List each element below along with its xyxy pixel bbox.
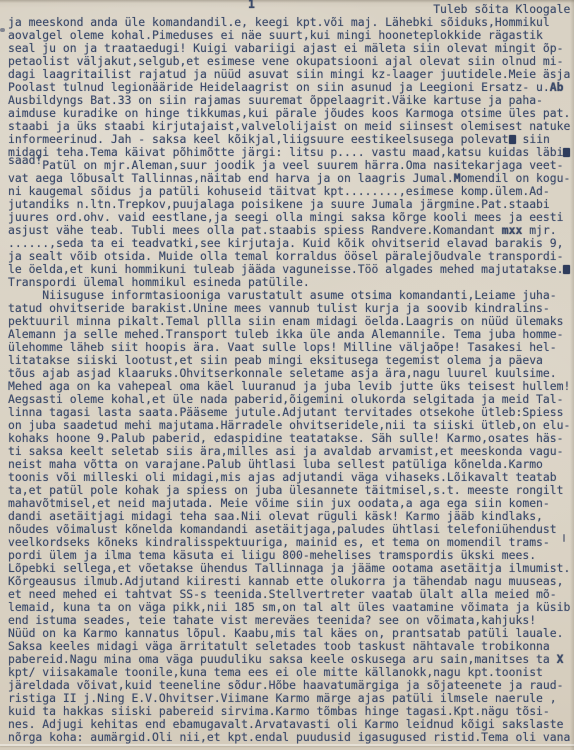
text-segment: ja sealt võib otsida. Muide olla temal k… (8, 249, 563, 263)
text-segment: Patül on mjr.Aleman,suur joodik ja veel … (42, 158, 563, 172)
text-line: nõrga koha: aumärgid.Oli nii,et kpt.enda… (8, 731, 570, 744)
text-segment: petaolist väljakut,selgub,et esimese ven… (8, 54, 563, 68)
text-segment: aimduse kuradike on hinge tikkumas,kui p… (8, 106, 570, 120)
page-number: 1 (248, 0, 255, 11)
text-segment: X (557, 652, 564, 666)
text-segment: Mehed aga on ka vahepeal oma käel luuran… (8, 379, 570, 393)
text-segment: end istuma seades, teie tahate vist mere… (8, 613, 536, 627)
text-segment: juures ord.ohv. vaid eestlane,ja seegi o… (8, 210, 563, 224)
text-segment: toonis või milleski oli midagi,mis ajas … (8, 470, 557, 484)
text-segment: nes. Adjugi kehitas end ebamugavalt.Arva… (8, 717, 563, 731)
text-segment: asjust vähe teab. Tubli mees olla pat.st… (8, 223, 502, 237)
text-segment (8, 2, 248, 16)
text-segment: kohaks hoone 9.Palub paberid, edaspidine… (8, 431, 563, 445)
text-segment: Nüüd on ka Karmo kannatus lõpul. Kaabu,m… (8, 626, 563, 640)
text-segment: informeerinud. Jah - saksa keel kõikjal,… (8, 132, 509, 146)
text-segment: dandi asetäitjagi midagi teha saa.Nii ol… (8, 509, 543, 523)
text-segment: Niisuguse informtasiooniga varustatult a… (8, 288, 557, 302)
paper-right-edge (570, 0, 574, 750)
text-segment: tõus ajab asjad klaaruks.Ohvitserkonnale… (8, 366, 557, 380)
text-segment: kuid ta hakkas siiski pabereid sirvima.K… (8, 704, 550, 718)
ink-blot (509, 135, 516, 144)
text-segment: ni kaugemal sõidus ja patüli kohuseid tä… (8, 184, 550, 198)
text-segment: on juba saadetud mehi majutama.Härradele… (8, 418, 570, 432)
text-segment: dagi laagritailist rajatud ja nüüd asuva… (8, 67, 570, 81)
text-segment: Alemann ja selle mehed.Transport tuleb i… (8, 327, 563, 341)
text-segment: Ausbildyngs Bat.33 on siin rajamas suure… (8, 93, 543, 107)
text-segment: pordi ülem ja ilma tema käsuta ei liigu … (8, 548, 536, 562)
text-segment: siin (516, 132, 550, 146)
ink-blot (563, 265, 570, 274)
text-segment: Aegsasti oleme kohal,et üle nada paberid… (8, 392, 563, 406)
text-segment: Kõrgeausus ilmub.Adjutand kiiresti kanna… (8, 574, 563, 588)
text-segment: ülehomme läheb siit hoopis ära. Vaat sul… (8, 340, 557, 354)
text-segment: Lõpebki sellega,et võetakse ühendus Tall… (8, 561, 570, 575)
text-segment: saad! (8, 154, 42, 167)
text-segment: Ab (550, 80, 564, 94)
text-segment: Transpordi ülemal hommikul esineda patül… (8, 275, 310, 289)
text-segment: nõrga koha: aumärgid.Oli nii,et kpt.enda… (8, 730, 570, 744)
text-segment: vat aega lõbusalt Tallinnas,näitab end h… (8, 171, 454, 185)
text-segment: staabi ja üks staabi kirjutajaist,valvel… (8, 119, 570, 133)
text-segment: veelkordseks kõneks kindralisspektuuriga… (8, 535, 550, 549)
ink-blot (563, 148, 570, 157)
text-segment: ti saksa keelt seletab siis ära,milles a… (8, 444, 563, 458)
text-segment: tatud ohvitseride barakist.Unine mees va… (8, 301, 550, 315)
document-page: 1 Tuleb sõita Kloogaleja meeskond anda ü… (0, 0, 574, 750)
text-segment: kpt/ viisakamale toonile,kuna tema ees e… (8, 665, 543, 679)
paper-crease (0, 744, 574, 746)
text-segment: et need mehed ei tahtvat SS-s teenida.St… (8, 587, 557, 601)
text-segment: omendil on kogu- (461, 171, 571, 185)
text-segment: Poolast tulnud legionääride Heidelaagris… (8, 80, 550, 94)
text-segment: ......,seda ta ei teadvatki,see kirjutaj… (8, 236, 563, 250)
text-segment: pektuuril minna pikalt.Temal pllla siin … (8, 314, 563, 328)
text-segment: midagi teha.Tema käivat põhimõtte järgi:… (8, 145, 563, 159)
text-segment: neist maha võtta on varajane.Palub ühtla… (8, 457, 543, 471)
text-segment: Saksa keeles midagi väga ärritatult sele… (8, 639, 550, 653)
typewritten-text: 1 Tuleb sõita Kloogaleja meeskond anda ü… (8, 3, 570, 744)
text-segment: järeldada võivat,kuid teeneline sõdur.Hõ… (8, 678, 563, 692)
text-segment: ristiga II j.Ning E.V.Ohvitser.Viimane K… (8, 691, 557, 705)
text-segment: seal ju on ja traataedugi! Kuigi vabarii… (8, 41, 563, 55)
text-segment: le öelda,et kuni hommikuni tuleab jääda … (8, 262, 563, 276)
text-segment: linna tagasi lasta saata.Pääseme jutule.… (8, 405, 563, 419)
text-segment: mahavõtmisel,et neid majutada. Meie võim… (8, 496, 550, 510)
text-segment: litatakse siiski lootust,et siin peab mi… (8, 353, 543, 367)
text-segment: jutandiks n.ltn.Trepkov,puujalaga poisik… (8, 197, 550, 211)
text-segment: ja meeskond anda üle komandandil.e, keeg… (8, 15, 550, 29)
text-segment: nõudes võimalust kõnelda komandandi aset… (8, 522, 557, 536)
text-segment: mxx (502, 223, 523, 237)
text-segment: pabereid.Nagu mina oma väga puuduliku sa… (8, 652, 557, 666)
text-segment: aovalgel oleme kohal.Pimeduses ei näe su… (8, 28, 543, 42)
text-segment: mjr. (522, 223, 556, 237)
text-segment: ta,et patül pole kohak ja spiess on juba… (8, 483, 563, 497)
text-segment: M (454, 171, 461, 185)
text-segment: lemaid, kuna ta on väga pikk,nii 185 sm,… (8, 600, 570, 614)
text-segment: Tuleb sõita Kloogale (255, 2, 570, 16)
ink-speck (0, 28, 5, 32)
